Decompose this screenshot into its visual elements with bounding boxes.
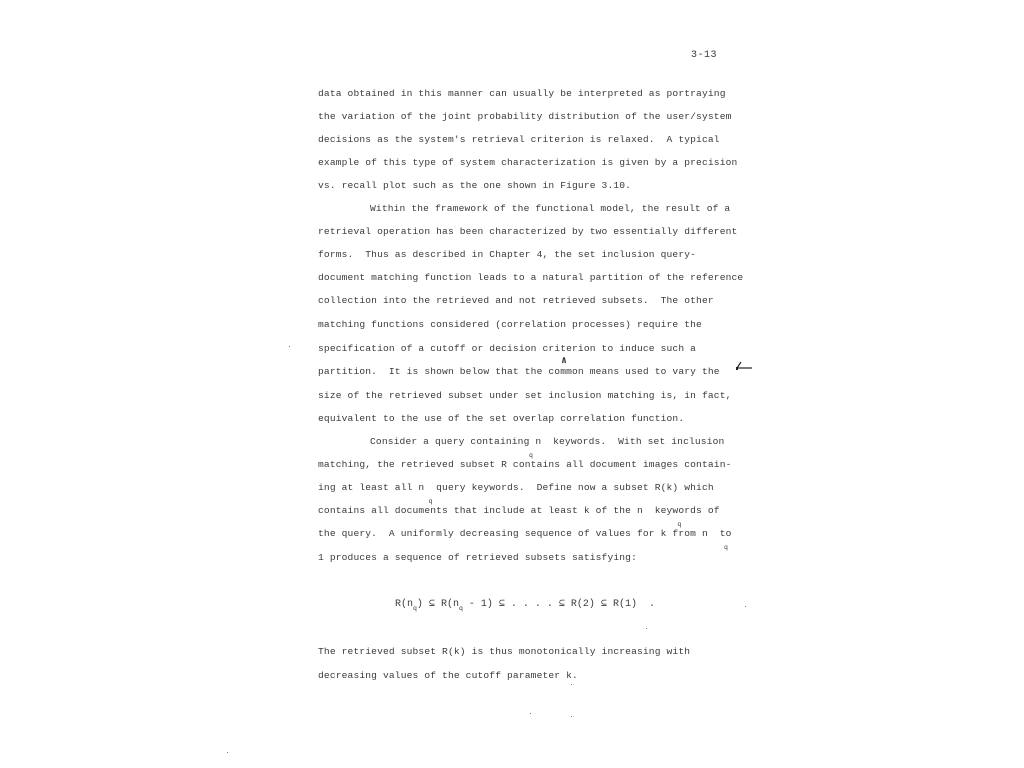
text-line: Consider a query containing n keywords. … [370, 436, 724, 447]
insert-caret-icon: ∧ [561, 355, 567, 367]
scan-speck [571, 684, 572, 685]
subscript-q: q [459, 605, 463, 612]
text-line: retrieval operation has been characteriz… [318, 226, 737, 237]
page-number: 3-13 [691, 50, 717, 61]
equation-term: - 1) ⊆ . . . . ⊆ R(2) ⊆ R(1) . [463, 599, 655, 610]
equation-term: R(n [395, 599, 413, 610]
text-line: the query. A uniformly decreasing sequen… [318, 528, 732, 539]
text-line: ing at least all n query keywords. Defin… [318, 482, 714, 493]
scan-speck [289, 346, 290, 347]
text-line: The retrieved subset R(k) is thus monoto… [318, 646, 690, 657]
text-line: the variation of the joint probability d… [318, 111, 732, 122]
text-line: partition. It is shown below that the co… [318, 366, 720, 377]
text-line: Within the framework of the functional m… [370, 203, 730, 214]
text-line: decisions as the system's retrieval crit… [318, 134, 720, 145]
text-line: collection into the retrieved and not re… [318, 295, 714, 306]
text-line: size of the retrieved subset under set i… [318, 390, 732, 401]
scan-speck [530, 713, 531, 714]
text-line: contains all documents that include at l… [318, 505, 720, 516]
text-line: matching, the retrieved subset R contain… [318, 459, 732, 470]
scan-speck [646, 628, 647, 629]
text-line: document matching function leads to a na… [318, 272, 743, 283]
subscript-q: q [413, 605, 417, 612]
text-line: data obtained in this manner can usually… [318, 88, 726, 99]
equation-term: ) ⊆ R(n [417, 599, 459, 610]
text-line: vs. recall plot such as the one shown in… [318, 180, 631, 191]
text-line: decreasing values of the cutoff paramete… [318, 670, 578, 681]
text-line: forms. Thus as described in Chapter 4, t… [318, 249, 696, 260]
subscript-q: q [429, 498, 433, 505]
scan-speck [227, 752, 228, 753]
subscript-q: q [724, 544, 728, 551]
subset-inclusion-equation: R(nq) ⊆ R(nq - 1) ⊆ . . . . ⊆ R(2) ⊆ R(1… [395, 598, 655, 610]
text-line: matching functions considered (correlati… [318, 319, 702, 330]
subscript-q: q [677, 521, 681, 528]
subscript-q: q [529, 452, 533, 459]
scan-speck [571, 716, 572, 717]
scan-speck [745, 606, 746, 607]
text-line: specification of a cutoff or decision cr… [318, 343, 696, 354]
text-line: 1 produces a sequence of retrieved subse… [318, 552, 637, 563]
arrow-left-mark-icon [735, 360, 753, 370]
text-line: example of this type of system character… [318, 157, 737, 168]
paragraph-3: Consider a query containing n keywords. … [0, 0, 1024, 18]
text-line: equivalent to the use of the set overlap… [318, 413, 684, 424]
